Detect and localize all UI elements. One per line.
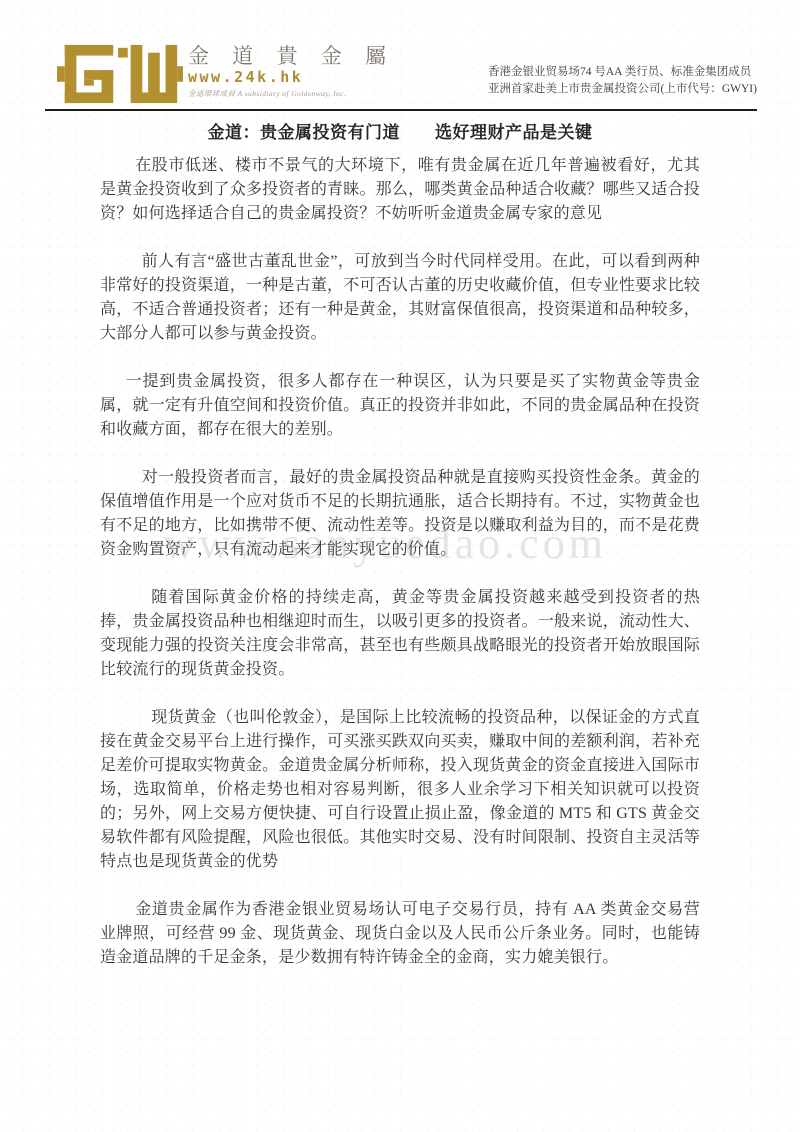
paragraph-6: 现货黄金（也叫伦敦金），是国际上比较流畅的投资品种，以保证金的方式直接在黄金交易…: [100, 706, 700, 874]
paragraph-2: 前人有言“盛世古董乱世金”，可放到当今时代同样受用。在此，可以看到两种非常好的投…: [100, 250, 700, 346]
brand-name: 金 道 貴 金 屬: [188, 44, 418, 68]
header-divider: [45, 109, 757, 111]
paragraph-1: 在股市低迷、楼市不景气的大环境下，唯有贵金属在近几年普遍被看好，尤其是黄金投资收…: [100, 154, 700, 226]
paragraph-4: 对一般投资者而言，最好的贵金属投资品种就是直接购买投资性金条。黄金的保值增值作用…: [100, 466, 700, 562]
letterhead: 金 道 貴 金 屬 www.24k.hk 金道環球成員 A subsidiary…: [0, 0, 800, 112]
company-info-line1: 香港金银业贸易场74 号AA 类行员、标准金集团成员: [488, 64, 758, 81]
brand-tagline: 金道環球成員 A subsidiary of Goldenway, Inc.: [188, 89, 418, 99]
gw-logo-icon: [57, 44, 183, 104]
document-page: 金 道 貴 金 屬 www.24k.hk 金道環球成員 A subsidiary…: [0, 0, 800, 1132]
article: 金道：贵金属投资有门道 选好理财产品是关键 在股市低迷、楼市不景气的大环境下，唯…: [100, 120, 700, 994]
company-info: 香港金银业贸易场74 号AA 类行员、标准金集团成员 亚洲首家赴美上市贵金属投资…: [488, 64, 758, 98]
paragraph-5: 随着国际黄金价格的持续走高，黄金等贵金属投资越来越受到投资者的热捧，贵金属投资品…: [100, 586, 700, 682]
brand-block: 金 道 貴 金 屬 www.24k.hk 金道環球成員 A subsidiary…: [188, 44, 418, 99]
paragraph-3: 一提到贵金属投资，很多人都存在一种误区，认为只要是买了实物黄金等贵金属，就一定有…: [100, 370, 700, 442]
article-title: 金道：贵金属投资有门道 选好理财产品是关键: [100, 120, 700, 146]
company-info-line2: 亚洲首家赴美上市贵金属投资公司(上市代号：GWYI): [488, 81, 758, 98]
paragraph-7: 金道贵金属作为香港金银业贸易场认可电子交易行员，持有 AA 类黄金交易营业牌照，…: [100, 898, 700, 970]
brand-url: www.24k.hk: [188, 69, 418, 86]
